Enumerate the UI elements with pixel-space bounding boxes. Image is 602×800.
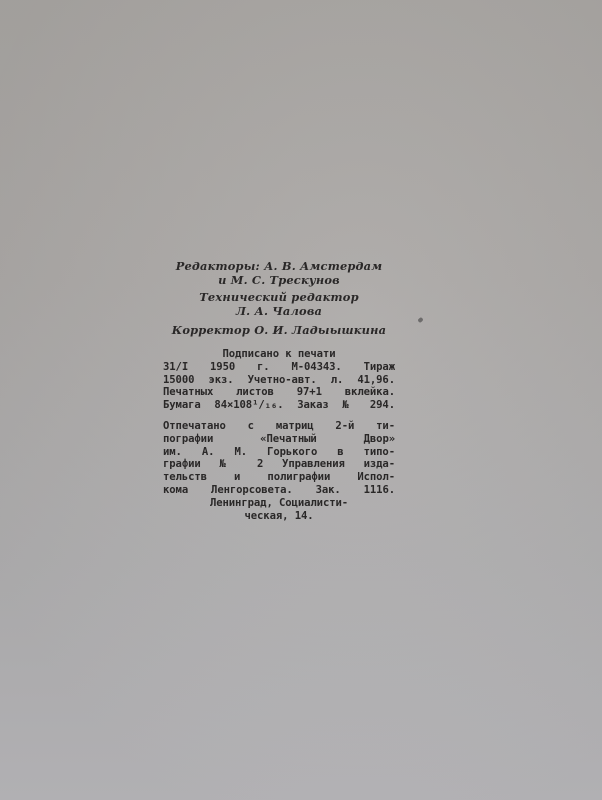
printed-line: Ленинград, Социалисти- (163, 497, 395, 510)
printed-line: кома Ленгорсовета. Зак. 1116. (163, 484, 395, 497)
editors-line-1: Редакторы: А. В. Амстердам (163, 260, 395, 274)
tech-editor-title: Технический редактор (163, 291, 395, 305)
printed-line: им. А. М. Горького в типо- (163, 446, 395, 459)
credits: Редакторы: А. В. Амстердам и М. С. Треск… (163, 260, 395, 338)
corrector-line: Корректор О. И. Ладыышкина (163, 324, 395, 338)
corrector-block: Корректор О. И. Ладыышкина (163, 324, 395, 338)
tech-editor-name: Л. А. Чалова (163, 305, 395, 319)
colophon: Редакторы: А. В. Амстердам и М. С. Треск… (163, 260, 395, 522)
book-page: Редакторы: А. В. Амстердам и М. С. Треск… (0, 0, 602, 800)
printed-line: тельств и полиграфии Испол- (163, 471, 395, 484)
signed-line: Бумага 84×108¹/₁₆. Заказ № 294. (163, 399, 395, 412)
signed-line: 31/I 1950 г. М-04343. Тираж (163, 361, 395, 374)
printed-line: пографии «Печатный Двор» (163, 433, 395, 446)
printed-line: Отпечатано с матриц 2-й ти- (163, 420, 395, 433)
imprint: Подписано к печати 31/I 1950 г. М-04343.… (163, 348, 395, 522)
editors-block: Редакторы: А. В. Амстердам и М. С. Треск… (163, 260, 395, 287)
editors-line-2: и М. С. Трескунов (163, 274, 395, 288)
tech-editor-block: Технический редактор Л. А. Чалова (163, 291, 395, 318)
signed-line: Печатных листов 97+1 вклейка. (163, 386, 395, 399)
printed-line: графии № 2 Управления изда- (163, 458, 395, 471)
signed-line: 15000 экз. Учетно-авт. л. 41,96. (163, 374, 395, 387)
printed-line: ческая, 14. (163, 510, 395, 523)
ink-speck (417, 317, 423, 323)
signed-title: Подписано к печати (163, 348, 395, 361)
